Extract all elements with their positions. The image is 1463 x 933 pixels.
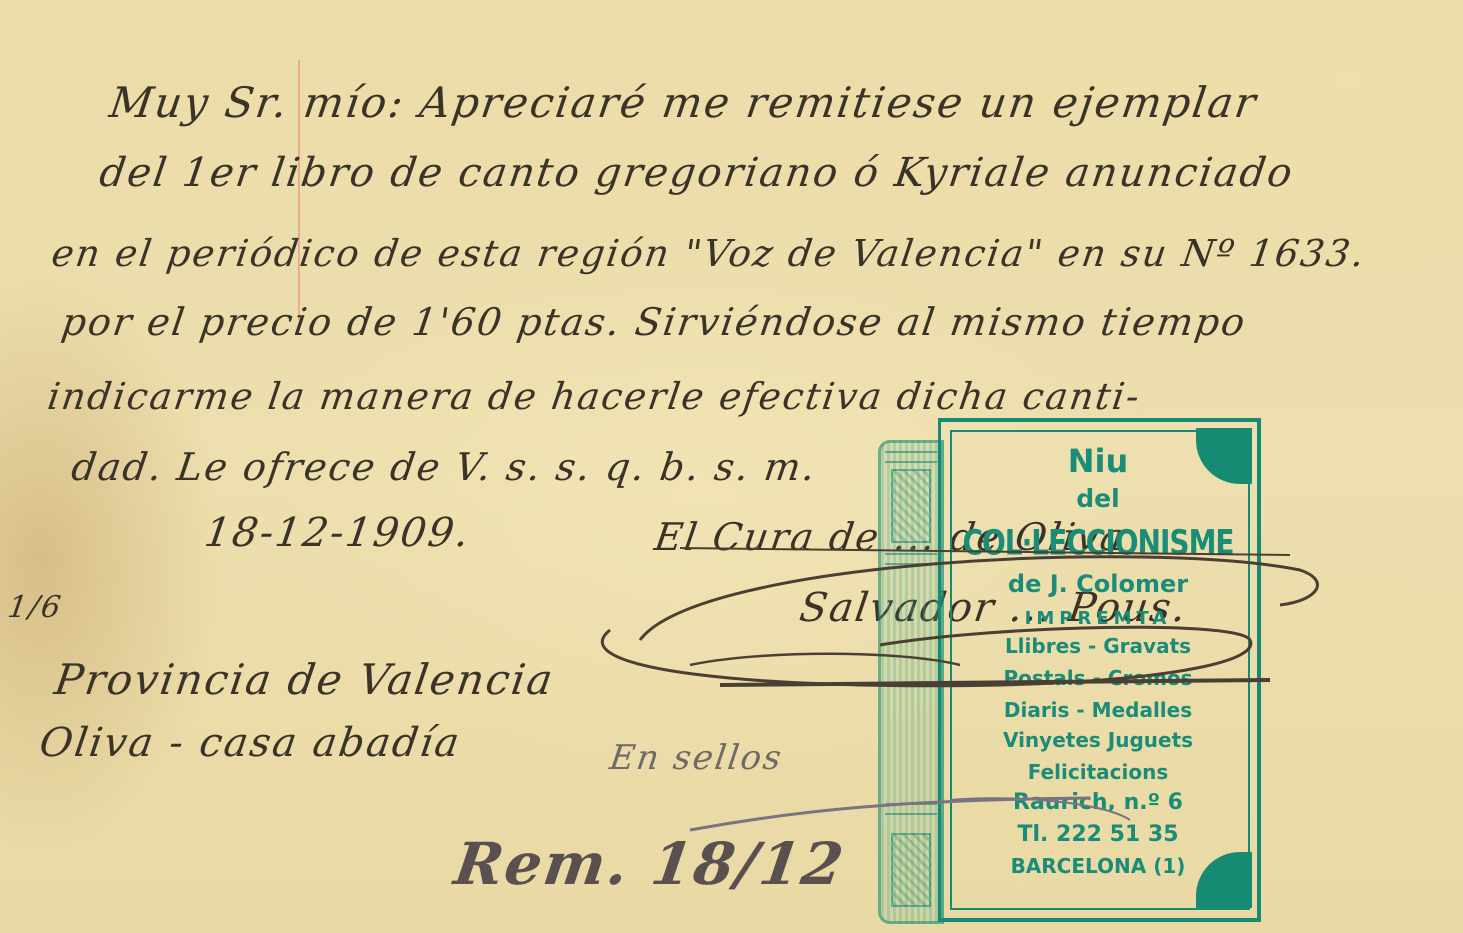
address-line-2: Oliva - casa abadía xyxy=(37,720,464,766)
letter-date: 18-12-1909. xyxy=(202,510,474,556)
stamp-line-phone: Tl. 222 51 35 xyxy=(950,822,1246,847)
stamp-line-vinyetes: Vinyetes Juguets xyxy=(950,728,1246,752)
stamp-line-felicitacions: Felicitacions xyxy=(950,760,1246,784)
stamp-line-impremta: IMPREMTA xyxy=(950,608,1246,629)
letter-line-1: Muy Sr. mío: Apreciaré me remitiese un e… xyxy=(107,78,1261,127)
stamp-line-collecionisme: COL·LECCIONISME xyxy=(950,522,1246,563)
letter-line-2: del 1er libro de canto gregoriano ó Kyri… xyxy=(97,150,1297,196)
pencil-note: En sellos xyxy=(607,738,785,778)
book-spine-illustration xyxy=(878,440,944,924)
stamp-line-del: del xyxy=(950,484,1246,513)
letter-line-6: dad. Le ofrece de V. s. s. q. b. s. m. xyxy=(69,445,820,489)
stamp-line-address: Raurich, n.º 6 xyxy=(950,790,1246,815)
printer-stamp: Niu del COL·LECCIONISME de J. Colomer IM… xyxy=(878,418,1262,918)
stamp-line-diaris: Diaris - Medalles xyxy=(950,698,1246,722)
stamp-line-colomer: de J. Colomer xyxy=(950,570,1246,598)
letter-line-3: en el periódico de esta región "Voz de V… xyxy=(49,232,1369,275)
stamp-line-postals: Postals - Cromos xyxy=(950,666,1246,690)
stamp-line-city: BARCELONA (1) xyxy=(950,854,1246,878)
remittance-note: Rem. 18/12 xyxy=(450,830,849,898)
letter-line-5: indicarme la manera de hacerle efectiva … xyxy=(45,375,1144,418)
stamp-line-niu: Niu xyxy=(950,442,1246,480)
letter-line-4: por el precio de 1'60 ptas. Sirviéndose … xyxy=(59,300,1250,344)
address-line-1: Provincia de Valencia xyxy=(52,655,558,704)
stamp-line-llibres: Llibres - Gravats xyxy=(950,634,1246,658)
margin-note: 1/6 xyxy=(6,590,65,625)
